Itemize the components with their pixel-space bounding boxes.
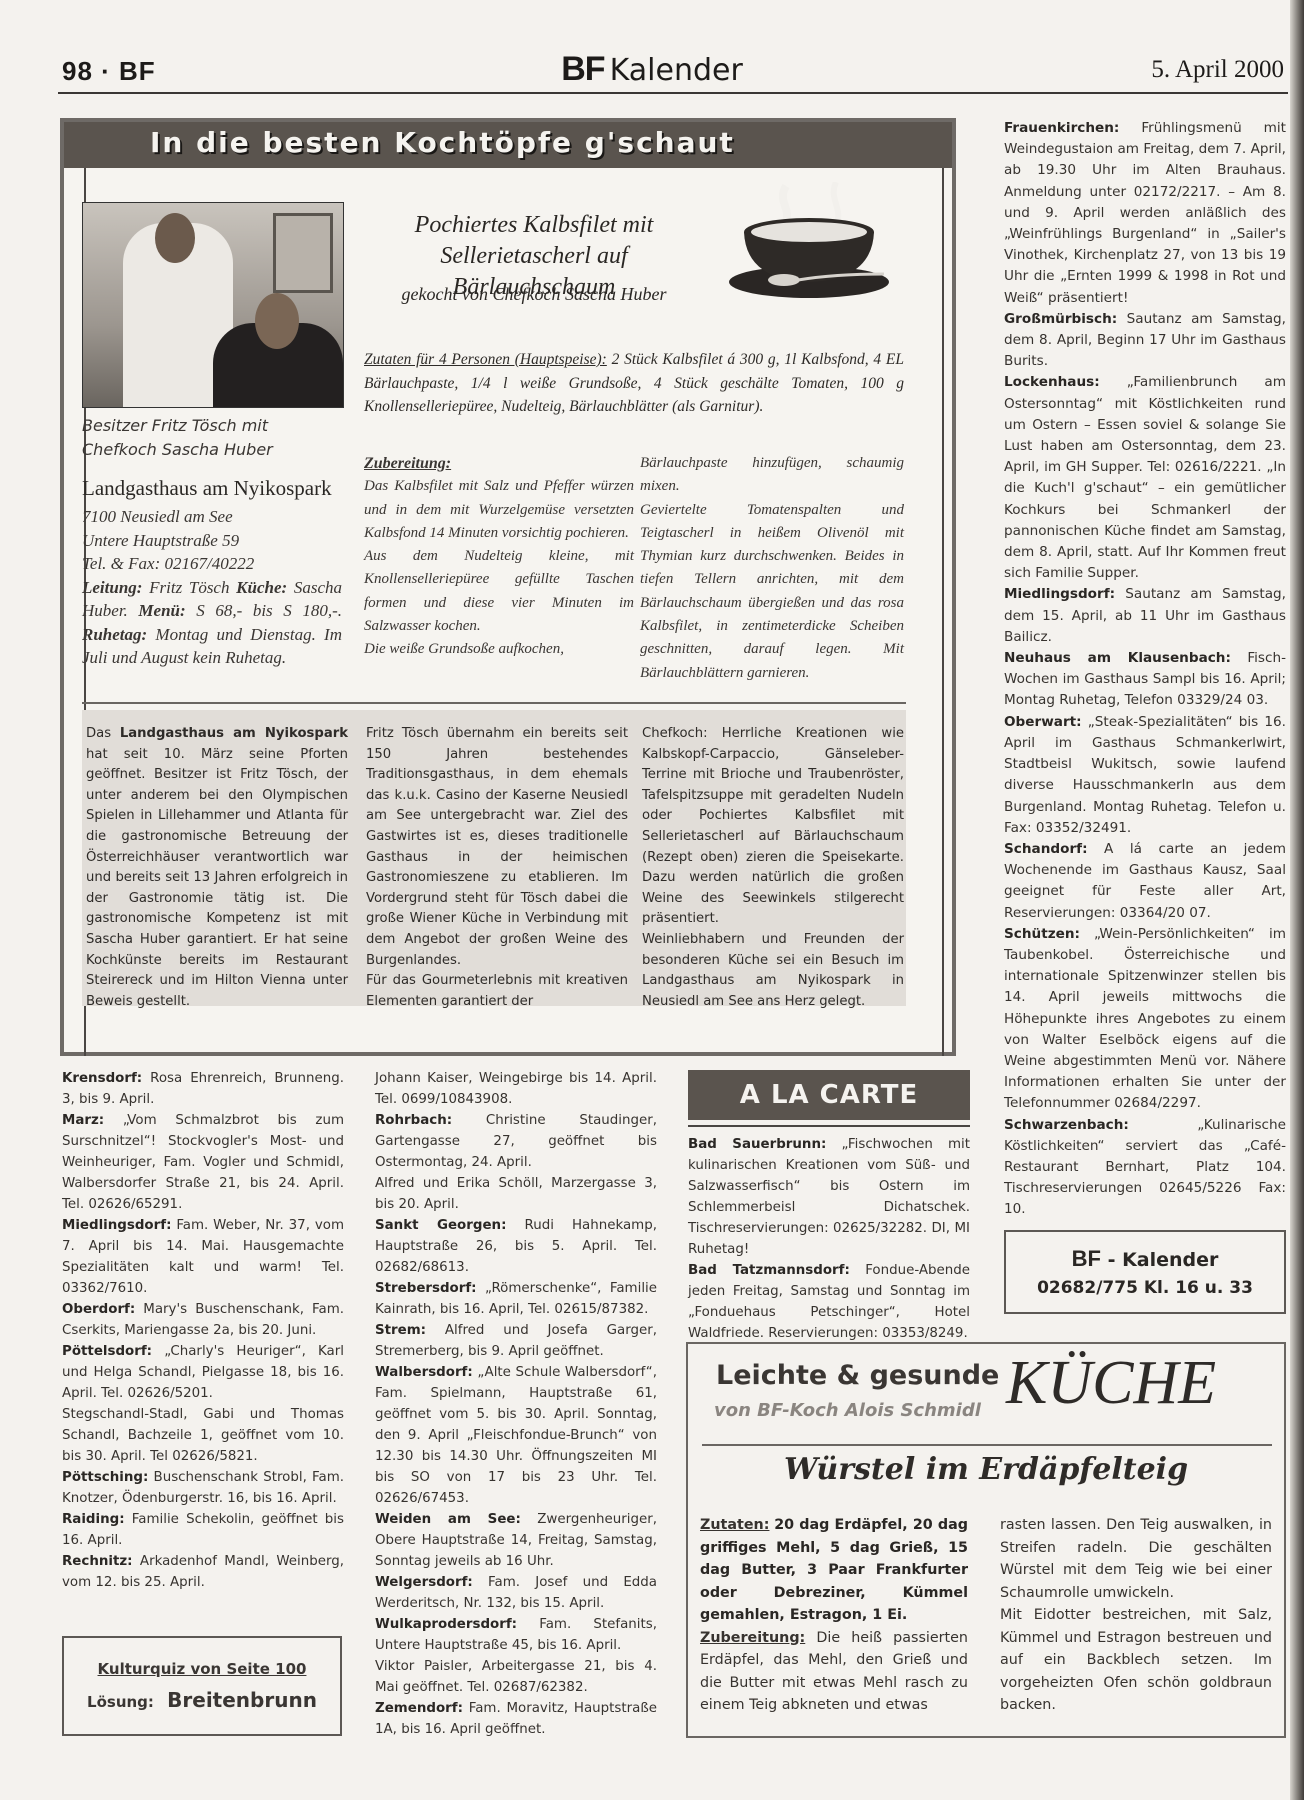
event-place: Oberwart:	[1004, 714, 1082, 730]
event-entry: Miedlingsdorf: Sautanz am Samstag, dem 1…	[1004, 584, 1286, 648]
heurigen-column-1: Krensdorf: Rosa Ehrenreich, Brunneng. 3,…	[62, 1068, 344, 1593]
masthead-brand: BF	[561, 50, 604, 88]
article-paragraph: Chefkoch: Herrliche Kreationen wie Kalbs…	[642, 724, 904, 930]
alacarte-entry: Bad Sauerbrunn: „Fischwochen mit kulinar…	[688, 1134, 970, 1260]
article-text: hat seit 10. März seine Pforten geöffnet…	[86, 747, 348, 1009]
article-paragraph: Fritz Tösch übernahm ein bereits seit 15…	[366, 724, 628, 971]
bf-box-brand: BF	[1072, 1246, 1101, 1271]
listing-entry: Strebersdorf: „Römerschenke“, Familie Ka…	[375, 1278, 657, 1320]
listing-entry: Miedlingsdorf: Fam. Weber, Nr. 37, vom 7…	[62, 1215, 344, 1299]
menue-label: Menü:	[138, 601, 185, 620]
ingredients-label: Zutaten für 4 Personen (Hauptspeise):	[364, 351, 607, 368]
quiz-title-text: Kulturquiz von Seite 100	[98, 1660, 307, 1678]
listing-entry: Strem: Alfred und Josefa Garger, Stremer…	[375, 1320, 657, 1362]
listing-entry: Wulkaprodersdorf: Fam. Stefanits, Untere…	[375, 1614, 657, 1656]
kueche-headline: Leichte & gesunde	[716, 1360, 999, 1391]
article-paragraph: Für das Gourmeterlebnis mit kreativen El…	[366, 971, 628, 1012]
listing-entry: Alfred und Erika Schöll, Marzergasse 3, …	[375, 1173, 657, 1215]
listing-entry: Raiding: Familie Schekolin, geöffnet bis…	[62, 1509, 344, 1551]
ruhetag-label: Ruhetag:	[82, 625, 147, 644]
event-text: „Familienbrunch am Ostersonntag“ mit Kös…	[1004, 374, 1286, 581]
listing-entry: Welgersdorf: Fam. Josef und Edda Werderi…	[375, 1572, 657, 1614]
event-entry: Frauenkirchen: Frühlingsmenü mit Weindeg…	[1004, 118, 1286, 309]
listing-place: Krensdorf:	[62, 1071, 142, 1086]
kueche-byline: von BF-Koch Alois Schmidl	[714, 1400, 981, 1421]
kueche-steps-text: Mit Eidotter bestreichen, mit Salz, Kümm…	[1000, 1604, 1272, 1717]
feature-divider	[82, 702, 906, 704]
event-text: Frühlingsmenü mit Weindegustaion am Frei…	[1004, 120, 1286, 306]
quiz-title: Kulturquiz von Seite 100	[64, 1660, 340, 1678]
kueche-big-title: KÜCHE	[1006, 1348, 1216, 1419]
listing-place: Strebersdorf:	[375, 1281, 477, 1296]
article-venue-bold: Landgasthaus am Nyikospark	[120, 726, 348, 741]
listing-place: Pöttelsdorf:	[62, 1344, 152, 1359]
kueche-label: Küche:	[236, 578, 287, 597]
kueche-col-1: Zutaten: 20 dag Erdäpfel, 20 dag griffig…	[700, 1514, 968, 1717]
kueche-steps-text: rasten lassen. Den Teig auswalken, in St…	[1000, 1514, 1272, 1604]
step-paragraph: Bärlauchpaste hinzufügen, schaumig mixen…	[640, 452, 904, 499]
bf-box-title: BF - Kalender	[1006, 1246, 1284, 1272]
listing-place: Wulkaprodersdorf:	[375, 1617, 517, 1632]
venue-name: Landgasthaus am Nyikospark	[82, 476, 332, 501]
kueche-dish-title: Würstel im Erdäpfelteig	[688, 1452, 1284, 1487]
chef-photo-icon	[82, 202, 344, 408]
event-place: Frauenkirchen:	[1004, 120, 1119, 136]
article-col-2: Fritz Tösch übernahm ein bereits seit 15…	[366, 724, 628, 1012]
photo-caption: Besitzer Fritz Tösch mit Chefkoch Sascha…	[82, 414, 342, 462]
listing-place: Marz:	[62, 1113, 104, 1128]
listing-place: Weiden am See:	[375, 1512, 521, 1527]
bf-kalender-contact-box: BF - Kalender 02682/775 Kl. 16 u. 33	[1004, 1230, 1286, 1314]
heurigen-column-2: Johann Kaiser, Weingebirge bis 14. April…	[375, 1068, 657, 1740]
step-paragraph: Die weiße Grundsoße aufkochen,	[364, 638, 634, 661]
listing-entry: Viktor Paisler, Arbeitergasse 21, bis 4.…	[375, 1656, 657, 1698]
listing-place: Walbersdorf:	[375, 1365, 473, 1380]
event-entry: Schwarzenbach: „Kulinarische Köstlichkei…	[1004, 1115, 1286, 1221]
step-paragraph: Das Kalbsfilet mit Salz und Pfeffer würz…	[364, 475, 634, 545]
listing-text: Stegschandl-Stadl, Gabi und Thomas Schan…	[62, 1407, 344, 1464]
step-paragraph: Aus dem Nudelteig kleine, mit Knollensel…	[364, 545, 634, 638]
alacarte-divider	[688, 1125, 970, 1127]
listing-text: Johann Kaiser, Weingebirge bis 14. April…	[375, 1071, 657, 1107]
scan-edge	[1290, 0, 1304, 1800]
listing-place: Pöttsching:	[62, 1470, 148, 1485]
listing-entry: Oberdorf: Mary's Buschenschank, Fam. Cse…	[62, 1299, 344, 1341]
kueche-steps-label: Zubereitung:	[700, 1630, 805, 1646]
listing-place: Miedlingsdorf:	[62, 1218, 171, 1233]
event-place: Lockenhaus:	[1004, 374, 1100, 390]
quiz-answer-value: Breitenbrunn	[167, 1688, 317, 1712]
listing-entry: Pöttelsdorf: „Charly's Heuriger“, Karl u…	[62, 1341, 344, 1404]
event-entry: Oberwart: „Steak-Spezialitäten“ bis 16. …	[1004, 712, 1286, 839]
feature-banner-title: In die besten Kochtöpfe g'schaut	[150, 126, 735, 159]
kueche-col-2: rasten lassen. Den Teig auswalken, in St…	[1000, 1514, 1272, 1717]
events-column-right: Frauenkirchen: Frühlingsmenü mit Weindeg…	[1004, 118, 1286, 1221]
listing-text: Alfred und Erika Schöll, Marzergasse 3, …	[375, 1176, 657, 1212]
header-divider	[58, 92, 1288, 94]
listing-place: Rohrbach:	[375, 1113, 452, 1128]
listing-text: Viktor Paisler, Arbeitergasse 21, bis 4.…	[375, 1659, 657, 1695]
event-entry: Schützen: „Wein-Persönlichkeiten“ im Tau…	[1004, 924, 1286, 1115]
event-entry: Großmürbisch: Sautanz am Samstag, dem 8.…	[1004, 309, 1286, 373]
kueche-recipe-box: Leichte & gesunde von BF-Koch Alois Schm…	[686, 1342, 1286, 1738]
article-col-1: Das Landgasthaus am Nyikospark hat seit …	[86, 724, 348, 1012]
listing-place: Oberdorf:	[62, 1302, 135, 1317]
recipe-ingredients: Zutaten für 4 Personen (Hauptspeise): 2 …	[364, 348, 904, 419]
recipe-title-line-1: Pochiertes Kalbsfilet mit	[364, 210, 704, 241]
alacarte-place: Bad Sauerbrunn:	[688, 1137, 826, 1152]
listing-entry: Zemendorf: Fam. Moravitz, Hauptstraße 1A…	[375, 1698, 657, 1740]
event-place: Neuhaus am Klausenbach:	[1004, 650, 1231, 666]
listing-text: „Vom Schmalzbrot bis zum Surschnitzel“! …	[62, 1113, 344, 1212]
listing-entry: Sankt Georgen: Rudi Hahnekamp, Hauptstra…	[375, 1215, 657, 1278]
leitung-label: Leitung:	[82, 578, 142, 597]
menue-value: S 68,- bis S 180,-.	[196, 601, 342, 620]
kueche-divider	[702, 1444, 1272, 1446]
listing-entry: Walbersdorf: „Alte Schule Walbersdorf“, …	[375, 1362, 657, 1509]
listing-place: Strem:	[375, 1323, 426, 1338]
recipe-byline: gekocht von Chefkoch Sascha Huber	[364, 284, 704, 305]
listing-entry: Weiden am See: Zwergenheuriger, Obere Ha…	[375, 1509, 657, 1572]
masthead-section: Kalender	[610, 53, 743, 88]
step-paragraph: Geviertelte Tomatenspalten und Teigtasch…	[640, 499, 904, 685]
venue-phone: Tel. & Fax: 02167/40222	[82, 552, 342, 576]
recipe-steps-col-2: Bärlauchpaste hinzufügen, schaumig mixen…	[640, 452, 904, 685]
alacarte-entry: Bad Tatzmannsdorf: Fondue-Abende jeden F…	[688, 1260, 970, 1344]
masthead: BF Kalender	[0, 50, 1304, 89]
feature-article: In die besten Kochtöpfe g'schaut Besitze…	[60, 118, 956, 1056]
listing-entry: Johann Kaiser, Weingebirge bis 14. April…	[375, 1068, 657, 1110]
alacarte-banner: A LA CARTE	[688, 1070, 970, 1120]
soup-bowl-icon	[724, 182, 894, 302]
event-entry: Neuhaus am Klausenbach: Fisch-Wochen im …	[1004, 648, 1286, 712]
event-place: Schandorf:	[1004, 841, 1088, 857]
recipe-steps-col-1: Zubereitung: Das Kalbsfilet mit Salz und…	[364, 452, 634, 662]
leitung-value: Fritz Tösch	[149, 578, 229, 597]
listing-place: Sankt Georgen:	[375, 1218, 506, 1233]
event-entry: Schandorf: A lá carte an jedem Wochenend…	[1004, 839, 1286, 924]
kueche-ingredients-label: Zutaten:	[700, 1517, 769, 1533]
listing-place: Rechnitz:	[62, 1554, 133, 1569]
quiz-box: Kulturquiz von Seite 100 Lösung: Breiten…	[62, 1636, 342, 1736]
article-col-3: Chefkoch: Herrliche Kreationen wie Kalbs…	[642, 724, 904, 1012]
listing-entry: Marz: „Vom Schmalzbrot bis zum Surschnit…	[62, 1110, 344, 1215]
event-place: Miedlingsdorf:	[1004, 586, 1115, 602]
listing-entry: Rohrbach: Christine Staudinger, Gartenga…	[375, 1110, 657, 1173]
alacarte-place: Bad Tatzmannsdorf:	[688, 1263, 850, 1278]
listing-entry: Stegschandl-Stadl, Gabi und Thomas Schan…	[62, 1404, 344, 1467]
event-place: Großmürbisch:	[1004, 311, 1117, 327]
event-place: Schwarzenbach:	[1004, 1117, 1129, 1133]
article-lead: Das	[86, 726, 111, 741]
issue-date: 5. April 2000	[1151, 56, 1284, 84]
listing-entry: Rechnitz: Arkadenhof Mandl, Weinberg, vo…	[62, 1551, 344, 1593]
listing-entry: Pöttsching: Buschenschank Strobl, Fam. K…	[62, 1467, 344, 1509]
listing-text: „Alte Schule Walbersdorf“, Fam. Spielman…	[375, 1365, 657, 1506]
quiz-answer-label: Lösung:	[87, 1693, 154, 1711]
event-text: „Wein-Persönlichkeiten“ im Taubenkobel. …	[1004, 926, 1286, 1112]
listing-place: Zemendorf:	[375, 1701, 463, 1716]
venue-address-2: Untere Hauptstraße 59	[82, 529, 342, 553]
article-paragraph: Weinliebhabern und Freunden der besonder…	[642, 930, 904, 1012]
listing-place: Raiding:	[62, 1512, 125, 1527]
event-place: Schützen:	[1004, 926, 1080, 942]
alacarte-text: „Fischwochen mit kulinarischen Kreatione…	[688, 1137, 970, 1257]
bf-box-label: - Kalender	[1108, 1249, 1219, 1271]
alacarte-column: Bad Sauerbrunn: „Fischwochen mit kulinar…	[688, 1134, 970, 1344]
quiz-answer: Lösung: Breitenbrunn	[64, 1688, 340, 1712]
bf-box-phone: 02682/775 Kl. 16 u. 33	[1006, 1278, 1284, 1298]
listing-entry: Krensdorf: Rosa Ehrenreich, Brunneng. 3,…	[62, 1068, 344, 1110]
steps-label: Zubereitung:	[364, 452, 634, 475]
event-entry: Lockenhaus: „Familienbrunch am Ostersonn…	[1004, 372, 1286, 584]
venue-address-1: 7100 Neusiedl am See	[82, 505, 342, 529]
venue-info: 7100 Neusiedl am See Untere Hauptstraße …	[82, 505, 342, 670]
listing-place: Welgersdorf:	[375, 1575, 473, 1590]
event-text: „Steak-Spezialitäten“ bis 16. April im G…	[1004, 714, 1286, 836]
feature-banner: In die besten Kochtöpfe g'schaut	[64, 122, 952, 168]
venue-details: Leitung: Fritz Tösch Küche: Sascha Huber…	[82, 576, 342, 670]
